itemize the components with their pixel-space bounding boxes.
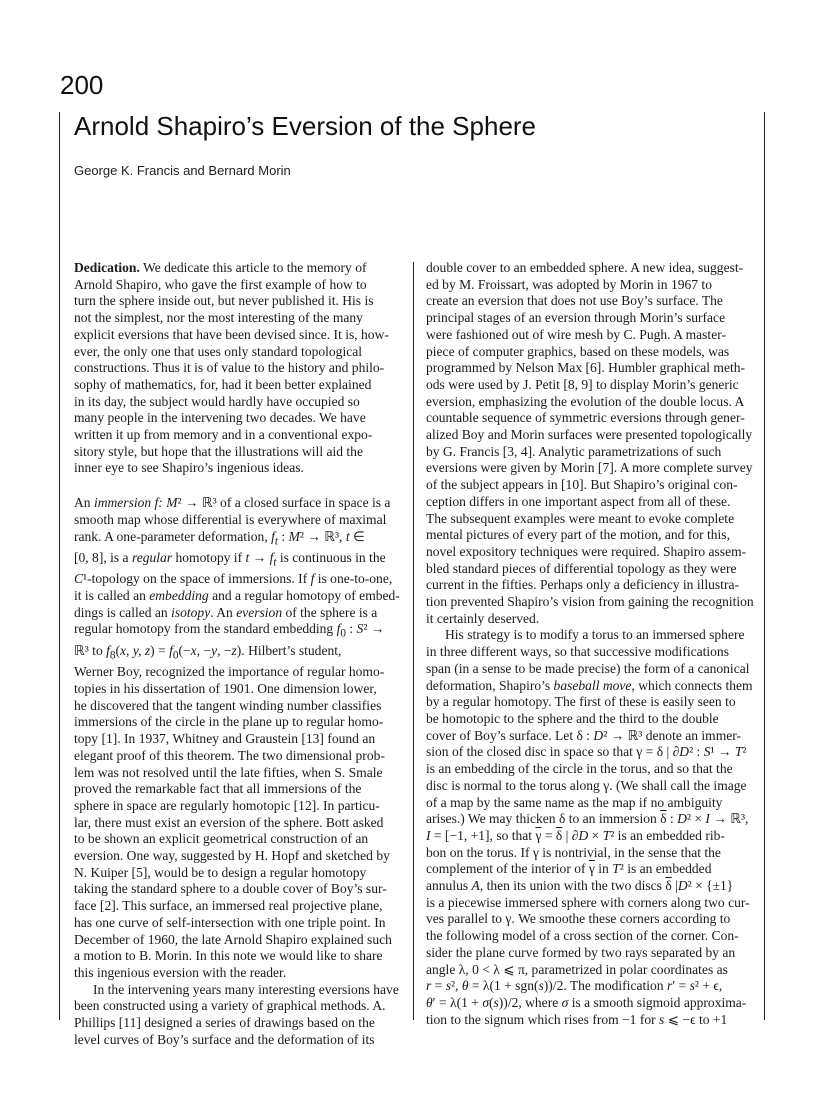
text-line: eversions were given by Morin [7]. A mor… [426, 460, 761, 477]
text-line: piece of computer graphics, based on the… [426, 344, 761, 361]
text-line: face [2]. This surface, an immersed real… [74, 898, 409, 915]
text-line: smooth map whose differential is everywh… [74, 512, 409, 529]
text-line: of the subject appears in [10]. But Shap… [426, 477, 761, 494]
article-title: Arnold Shapiro’s Eversion of the Sphere [74, 110, 536, 142]
text-line: is a piecewise immersed sphere with corn… [426, 895, 761, 912]
text-line: level curves of Boy’s surface and the de… [74, 1032, 409, 1049]
dedication-rest: Arnold Shapiro, who gave the first examp… [74, 277, 409, 477]
text-line: sider the plane curve formed by two rays… [426, 945, 761, 962]
text-line: sion of the closed disc in space so that… [426, 744, 761, 761]
text-line: annulus A, then its union with the two d… [426, 878, 761, 895]
text-line: rank. A one-parameter deformation, ft : … [74, 529, 409, 550]
text-line: alized Boy and Morin surfaces were prese… [426, 427, 761, 444]
text-line: r = s², θ = λ(1 + sgn(s))/2. The modific… [426, 978, 761, 995]
text-line: proved the remarkable fact that all imme… [74, 781, 409, 798]
text-line: in its day, the subject would hardly hav… [74, 394, 409, 411]
text-line: written it up from memory and in a conve… [74, 427, 409, 444]
text-line: lem was not resolved until the late fift… [74, 765, 409, 782]
text-line: The subsequent examples were meant to ev… [426, 511, 761, 528]
text-line: it is called an embedding and a regular … [74, 588, 409, 605]
right-column: double cover to an embedded sphere. A ne… [426, 260, 761, 1028]
text-line: been constructed using a variety of grap… [74, 998, 409, 1015]
text-line: bon on the torus. If γ is nontrivial, in… [426, 845, 761, 862]
text-line: [0, 8], is a regular homotopy if t → ft … [74, 550, 409, 571]
text-line: I = [−1, +1], so that γ = δ | ∂D × T² is… [426, 828, 761, 845]
text-line: ed by M. Froissart, was adopted by Morin… [426, 277, 761, 294]
text-line: N. Kuiper [5], would be to design a regu… [74, 865, 409, 882]
history-paragraph: double cover to an embedded sphere. A ne… [426, 260, 761, 627]
text-line: θ′ = λ(1 + σ(s))/2, where σ is a smooth … [426, 995, 761, 1012]
text-line: tion prevented Shapiro’s vision from gai… [426, 594, 761, 611]
text-line: it certainly deserved. [426, 611, 761, 628]
text-line: elegant proof of this theorem. The two d… [74, 748, 409, 765]
text-line: Werner Boy, recognized the importance of… [74, 664, 409, 681]
dedication-text: We dedicate this article to the memory o… [140, 260, 367, 275]
text-line: lar, there must exist an eversion of the… [74, 815, 409, 832]
text-line: the following model of a cross section o… [426, 928, 761, 945]
text-line: has one curve of self-intersection with … [74, 915, 409, 932]
text-line: inner eye to see Shapiro’s ingenious ide… [74, 460, 409, 477]
text-line: bled standard pieces of differential top… [426, 561, 761, 578]
text-line: C¹-topology on the space of immersions. … [74, 571, 409, 588]
text-line: mental pictures of every part of the mot… [426, 527, 761, 544]
text-line: cover of Boy’s surface. Let δ : D² → ℝ³ … [426, 728, 761, 745]
text-line: deformation, Shapiro’s baseball move, wh… [426, 678, 761, 695]
text-line: ever, the only one that uses only standa… [74, 344, 409, 361]
text-line: turn the sphere inside out, but never pu… [74, 293, 409, 310]
text-line: ℝ³ to f8(x, y, z) = f0(−x, −y, −z). Hilb… [74, 643, 409, 664]
text-line: arises.) We may thicken δ to an immersio… [426, 811, 761, 828]
text-line: eversion, emphasizing the evolution of t… [426, 394, 761, 411]
text-line: His strategy is to modify a torus to an … [426, 627, 761, 644]
text-line: An immersion f: M² → ℝ³ of a closed surf… [74, 495, 409, 512]
text-line: programmed by Nelson Max [6]. Humbler gr… [426, 360, 761, 377]
page-number: 200 [60, 70, 103, 100]
text-line: not the simplest, nor the most interesti… [74, 310, 409, 327]
intervening-years-paragraph: In the intervening years many interestin… [74, 982, 409, 1049]
article-authors: George K. Francis and Bernard Morin [74, 163, 291, 179]
text-line: sitory style, but hope that the illustra… [74, 444, 409, 461]
text-line: taking the standard sphere to a double c… [74, 881, 409, 898]
text-line: create an eversion that does not use Boy… [426, 293, 761, 310]
text-line: were fashioned out of wire mesh by C. Pu… [426, 327, 761, 344]
column-divider-rule [413, 262, 414, 1020]
text-line: double cover to an embedded sphere. A ne… [426, 260, 761, 277]
immersion-paragraph: An immersion f: M² → ℝ³ of a closed surf… [74, 495, 409, 982]
text-line: Phillips [11] designed a series of drawi… [74, 1015, 409, 1032]
right-margin-rule [764, 112, 765, 1020]
text-line: is an embedding of the circle in the tor… [426, 761, 761, 778]
text-line: in three different ways, so that success… [426, 644, 761, 661]
dedication-paragraph: Dedication. We dedicate this article to … [74, 260, 409, 477]
text-line: many people in the intervening two decad… [74, 410, 409, 427]
text-line: topies in his dissertation of 1901. One … [74, 681, 409, 698]
text-line: ods were used by J. Petit [8, 9] to disp… [426, 377, 761, 394]
text-line: this ingenious eversion with the reader. [74, 965, 409, 982]
text-line: countable sequence of symmetric eversion… [426, 410, 761, 427]
left-column: Dedication. We dedicate this article to … [74, 260, 409, 1048]
text-line: regular homotopy from the standard embed… [74, 621, 409, 642]
text-line: topy [1]. In 1937, Whitney and Graustein… [74, 731, 409, 748]
text-line: disc is normal to the torus along γ. (We… [426, 778, 761, 795]
text-line: immersions of the circle in the plane up… [74, 714, 409, 731]
text-line: sophy of mathematics, for, had it been b… [74, 377, 409, 394]
text-line: current in the fifties. Perhaps only a d… [426, 577, 761, 594]
text-line: constructions. Thus it is of value to th… [74, 360, 409, 377]
left-margin-rule [59, 112, 60, 1020]
text-line: dings is called an isotopy. An eversion … [74, 605, 409, 622]
text-line: angle λ, 0 < λ ⩽ π, parametrized in pola… [426, 962, 761, 979]
text-line: by G. Francis [3, 4]. Analytic parametri… [426, 444, 761, 461]
text-line: December of 1960, the late Arnold Shapir… [74, 932, 409, 949]
text-line: by a regular homotopy. The first of thes… [426, 694, 761, 711]
text-line: explicit eversions that have been devise… [74, 327, 409, 344]
text-line: ves parallel to γ. We smoothe these corn… [426, 911, 761, 928]
text-line: he discovered that the tangent winding n… [74, 698, 409, 715]
text-line: ception differs in one important aspect … [426, 494, 761, 511]
text-line: principal stages of an eversion through … [426, 310, 761, 327]
dedication-first-line: Dedication. We dedicate this article to … [74, 260, 409, 277]
text-line: span (in a sense to be made precise) the… [426, 661, 761, 678]
text-line: a motion to B. Morin. In this note we wo… [74, 948, 409, 965]
text-line: eversion. One way, suggested by H. Hopf … [74, 848, 409, 865]
text-line: sphere in space are regularly homotopic … [74, 798, 409, 815]
text-line: of a map by the same name as the map if … [426, 795, 761, 812]
text-line: be homotopic to the sphere and the third… [426, 711, 761, 728]
dedication-heading: Dedication. [74, 260, 140, 275]
text-line: novel expository techniques were require… [426, 544, 761, 561]
text-line: complement of the interior of γ in T² is… [426, 861, 761, 878]
text-line: tion to the signum which rises from −1 f… [426, 1012, 761, 1029]
text-line: Arnold Shapiro, who gave the first examp… [74, 277, 409, 294]
text-line: to be shown an explicit geometrical cons… [74, 831, 409, 848]
strategy-paragraph: His strategy is to modify a torus to an … [426, 627, 761, 1028]
text-line: In the intervening years many interestin… [74, 982, 409, 999]
